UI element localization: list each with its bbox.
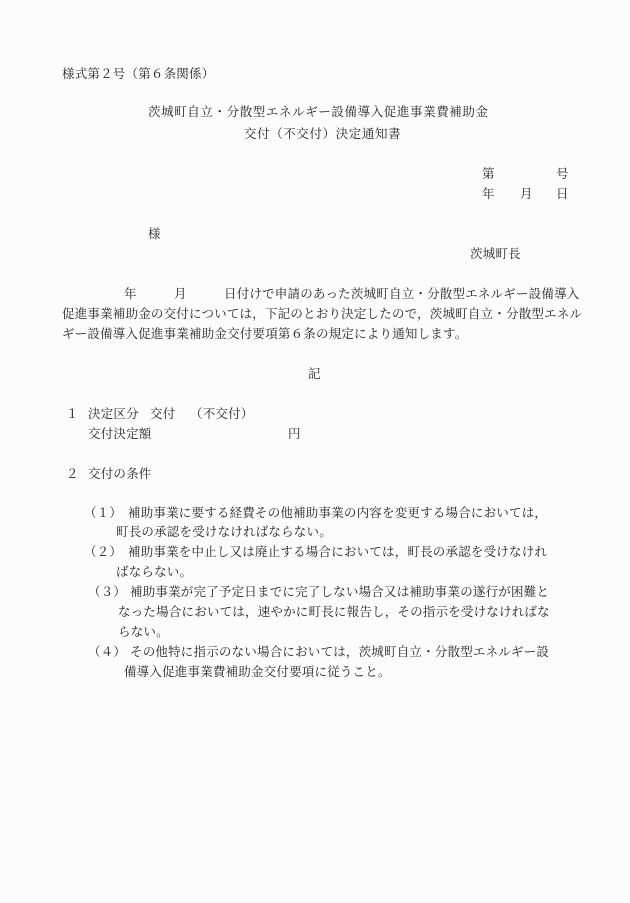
doc-number-prefix: 第 [482,166,495,182]
form-id: 様式第２号（第６条関係） [62,66,214,82]
issuer: 茨城町長 [470,246,521,262]
body-line-3: ギー設備導入促進事業補助金交付要項第６条の規定により通知します。 [62,326,467,342]
section-1-option-nongrant: （不交付） [190,406,254,422]
condition-3-line-1: 補助事業が完了予定日までに完了しない場合又は補助事業の遂行が困難と [130,584,549,600]
condition-1-line-1: 補助事業に要する経費その他補助事業の内容を変更する場合においては， [128,505,547,521]
condition-4-line-2: 備導入促進事業費補助金交付要項に従うこと。 [124,664,391,680]
date-year: 年 [482,186,495,202]
section-2-label: 交付の条件 [88,466,152,482]
title-line-2: 交付（不交付）決定通知書 [244,126,401,142]
title-line-1: 茨城町自立・分散型エネルギー設備導入促進事業費補助金 [148,104,489,120]
condition-4-line-1: その他特に指示のない場合においては，茨城町自立・分散型エネルギー設 [130,644,549,660]
condition-3-line-2: なった場合においては，速やかに町長に報告し，その指示を受けなければな [118,604,550,620]
body-month: 月 [174,286,187,302]
condition-1-number: （１） [84,505,122,521]
body-year: 年 [124,286,137,302]
section-2-number: ２ [66,466,79,482]
condition-1-line-2: 町長の承認を受けなければならない。 [116,524,332,540]
section-1-label: 決定区分 [88,406,139,422]
date-day: 日 [556,186,569,202]
amount-label: 交付決定額 [88,426,152,442]
condition-2-line-1: 補助事業を中止し又は廃止する場合においては，町長の承認を受けなけれ [128,544,547,560]
condition-3-number: （３） [88,584,126,600]
ki-heading: 記 [308,366,321,382]
section-1-number: １ [66,406,79,422]
condition-3-line-3: らない。 [118,624,169,640]
condition-2-number: （２） [84,544,122,560]
body-line-2: 促進事業補助金の交付については，下記のとおり決定したので，茨城町自立・分散型エネ… [62,306,582,322]
condition-4-number: （４） [88,644,126,660]
condition-2-line-2: ばならない。 [116,564,192,580]
doc-number-suffix: 号 [556,166,569,182]
section-1-option-grant: 交付 [150,406,175,422]
amount-unit: 円 [288,426,301,442]
date-month: 月 [520,186,533,202]
recipient-honorific: 様 [148,226,161,242]
body-line-1: 日付けで申請のあった茨城町自立・分散型エネルギー設備導入 [224,286,579,302]
